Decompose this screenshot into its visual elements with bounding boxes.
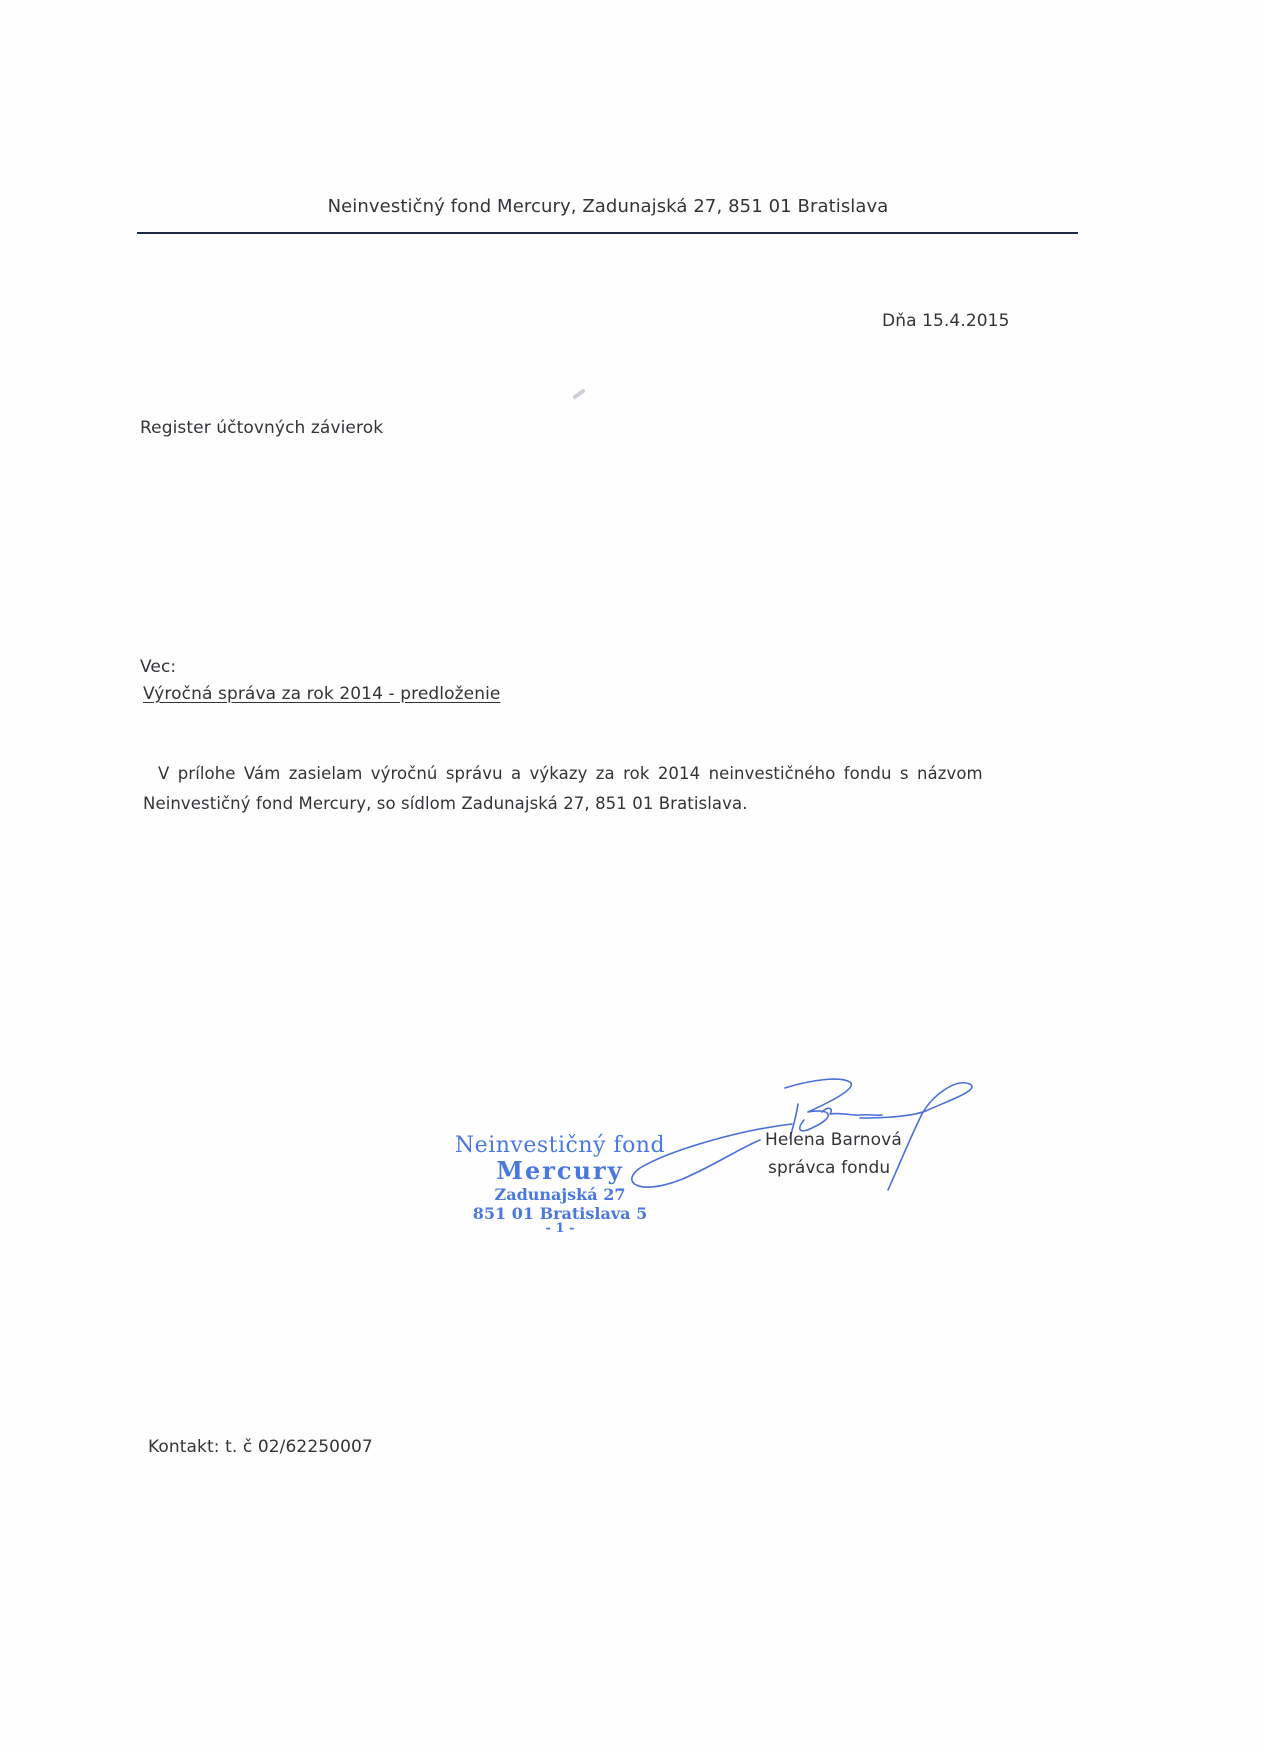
signer-name: Helena Barnová — [765, 1130, 902, 1150]
letterhead-rule — [137, 232, 1078, 234]
letter-date: Dňa 15.4.2015 — [882, 311, 1010, 331]
letterhead: Neinvestičný fond Mercury, Zadunajská 27… — [0, 196, 1216, 217]
letter-page: Neinvestičný fond Mercury, Zadunajská 27… — [0, 0, 1264, 1752]
stamp-line-4: 851 01 Bratislava 5 — [440, 1206, 680, 1222]
contact-info: Kontakt: t. č 02/62250007 — [148, 1437, 373, 1457]
body-line-2: Neinvestičný fond Mercury, so sídlom Zad… — [143, 794, 748, 813]
subject-text: Výročná správa za rok 2014 - predloženie — [143, 684, 500, 704]
stamp-line-5: - 1 - — [440, 1222, 680, 1235]
scan-speck — [572, 388, 586, 399]
body-line-1: V prílohe Vám zasielam výročnú správu a … — [158, 764, 983, 783]
signer-role: správca fondu — [768, 1158, 890, 1178]
recipient: Register účtovných závierok — [140, 418, 383, 438]
subject-label: Vec: — [140, 657, 176, 677]
